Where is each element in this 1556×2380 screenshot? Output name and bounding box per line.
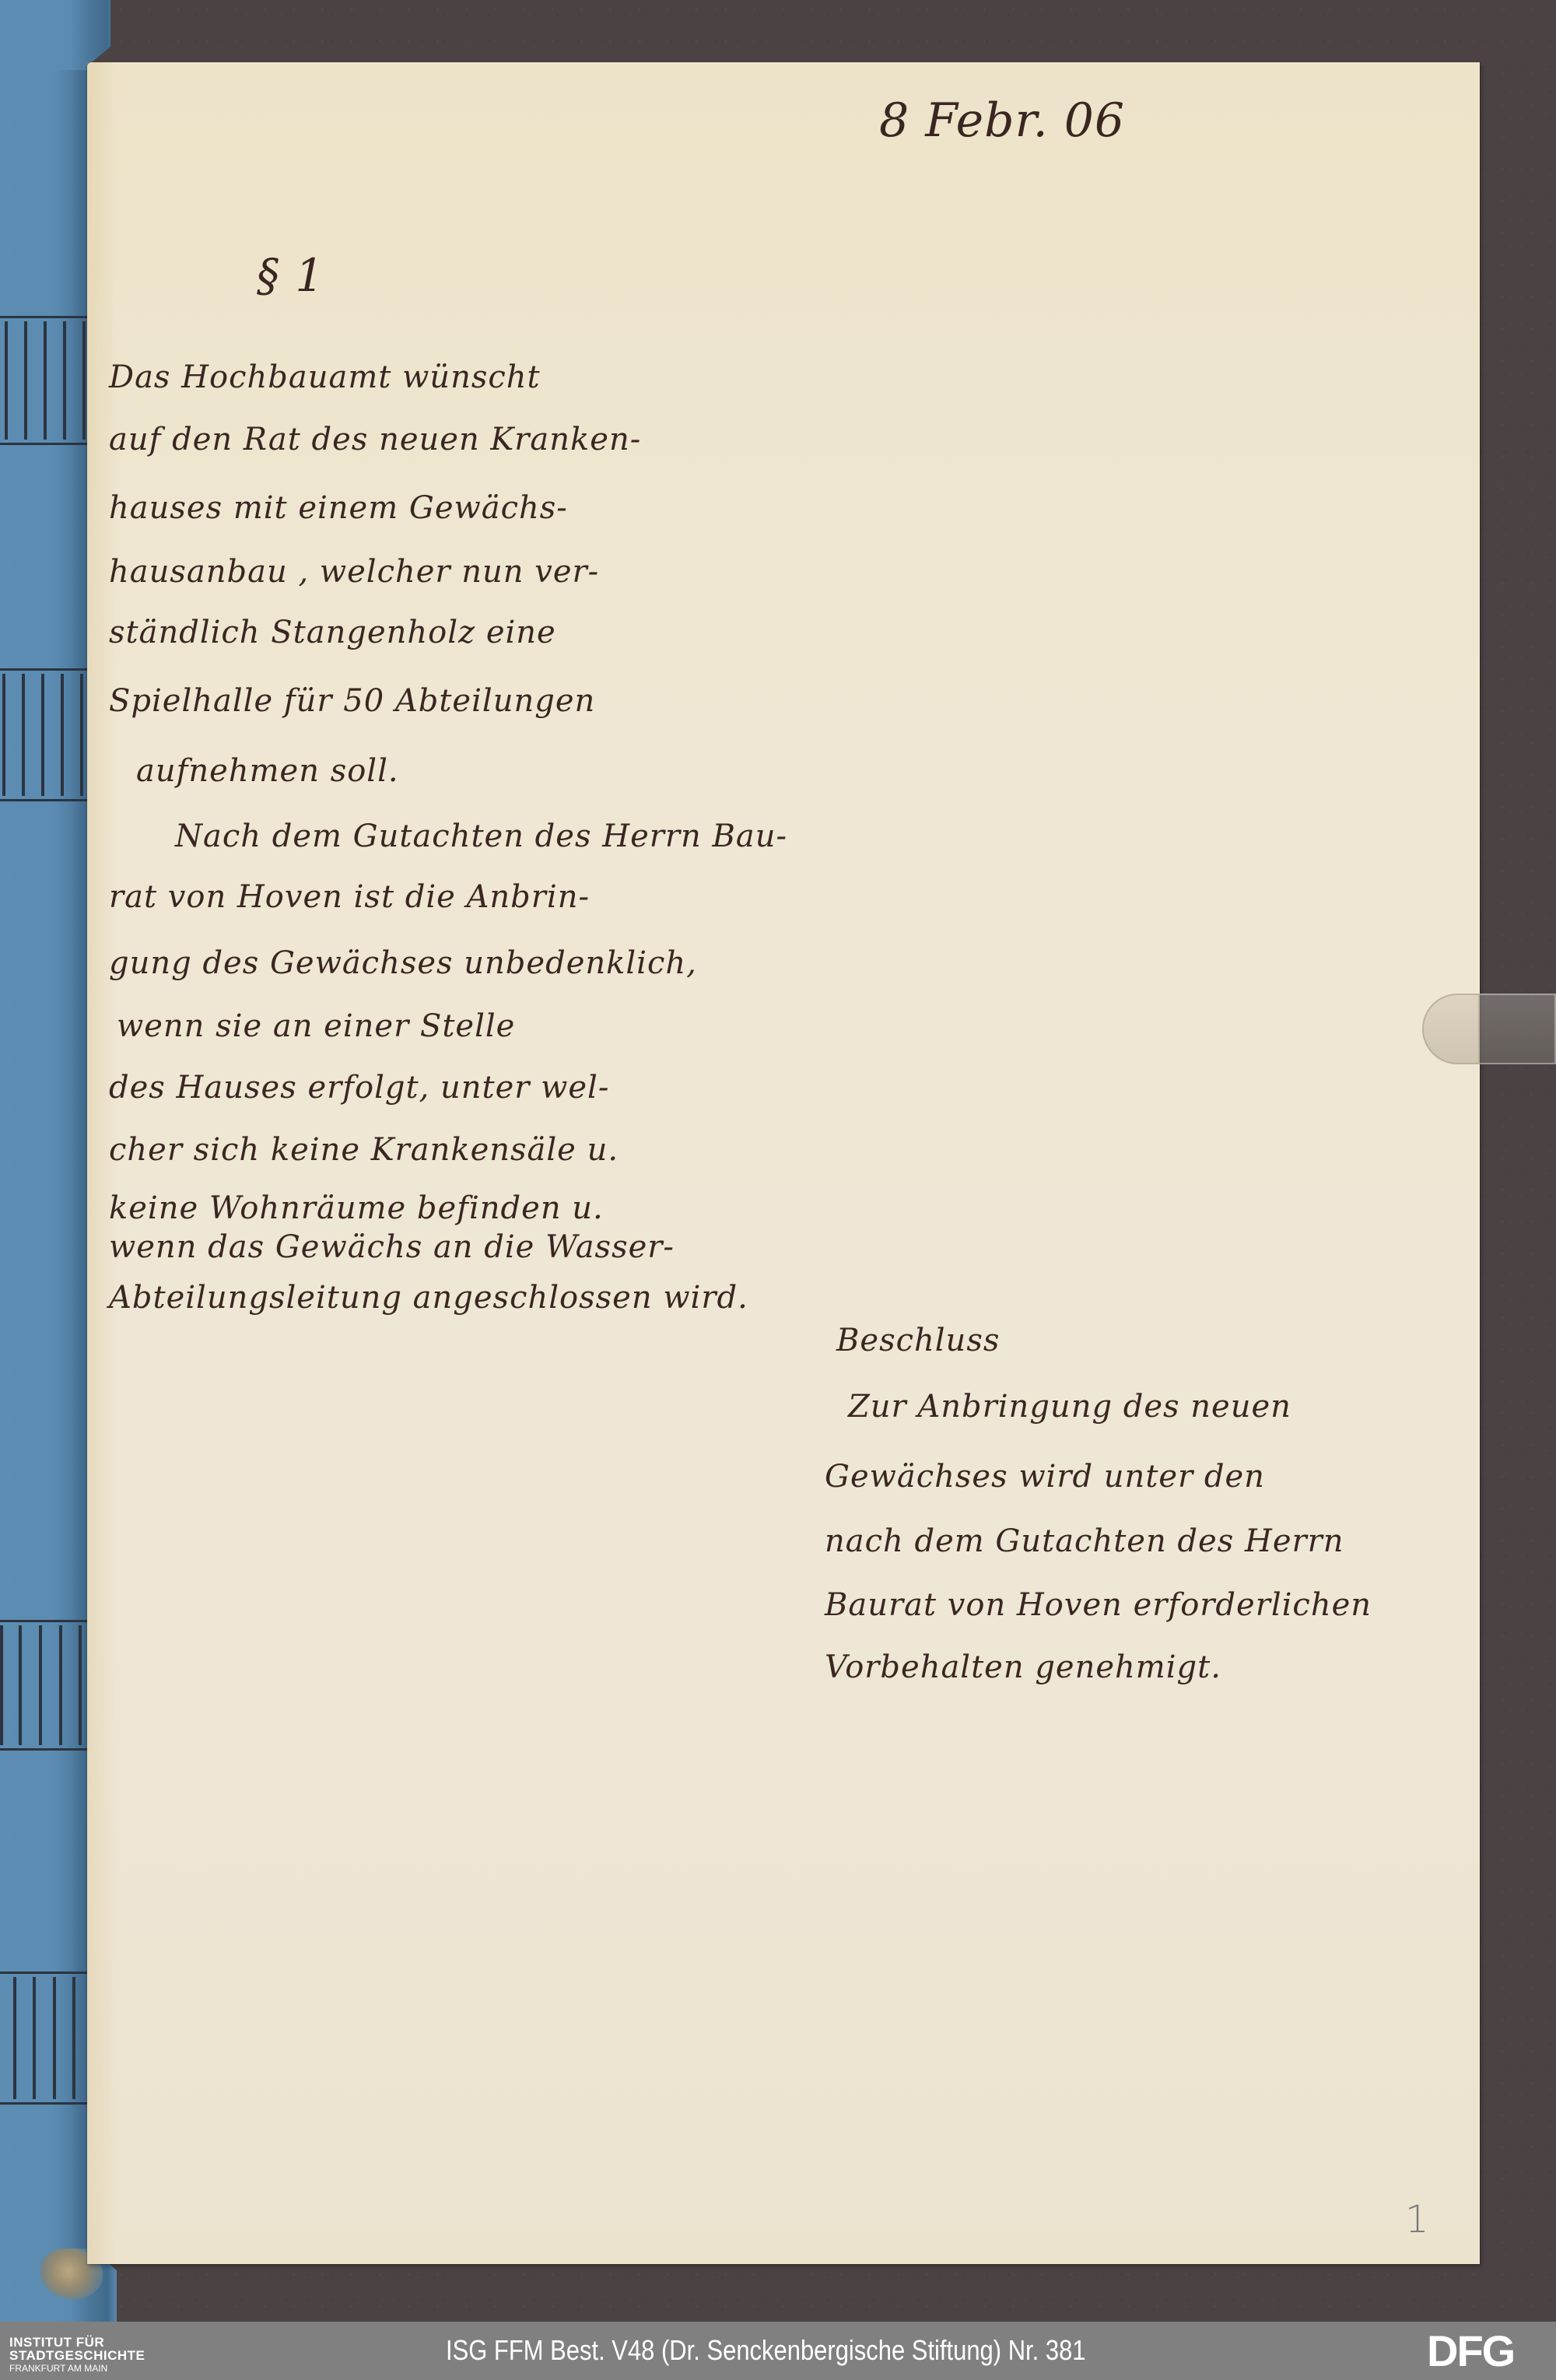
tab-rule xyxy=(19,1625,22,1745)
body-line: ständlich Stangenholz eine xyxy=(109,615,556,650)
tab-rule xyxy=(39,1625,42,1745)
tab-rule xyxy=(61,674,64,796)
institute-logo: INSTITUT FÜR STADTGESCHICHTE FRANKFURT A… xyxy=(9,2336,145,2373)
decision-line: Vorbehalten genehmigt. xyxy=(825,1649,1221,1685)
tab-rule xyxy=(41,674,44,796)
binding-tab-band xyxy=(0,316,92,445)
decision-line: nach dem Gutachten des Herrn xyxy=(825,1523,1344,1559)
binding-tab-band xyxy=(0,1620,92,1751)
tab-rule xyxy=(72,1977,75,2099)
page-number: 1 xyxy=(1405,2198,1430,2242)
tab-rule xyxy=(59,1625,62,1745)
body-line: wenn das Gewächs an die Wasser- xyxy=(109,1229,675,1265)
body-line: Spielhalle für 50 Abteilungen xyxy=(109,683,595,719)
tab-rule xyxy=(22,674,25,796)
logo-line: STADTGESCHICHTE xyxy=(9,2349,145,2362)
tab-rule xyxy=(79,1625,82,1745)
dfg-logo: DFG xyxy=(1427,2329,1514,2373)
tab-rule xyxy=(33,1977,36,2099)
body-line: rat von Hoven ist die Anbrin- xyxy=(109,879,590,915)
tab-rule xyxy=(2,674,5,796)
body-line: hauses mit einem Gewächs- xyxy=(109,490,568,526)
body-line: hausanbau , welcher nun ver- xyxy=(109,554,599,590)
tab-rule xyxy=(80,674,83,796)
decision-line: Gewächses wird unter den xyxy=(825,1459,1265,1495)
tab-rule xyxy=(82,321,86,440)
body-line: des Hauses erfolgt, unter wel- xyxy=(109,1070,609,1106)
logo-line: INSTITUT FÜR xyxy=(9,2336,145,2349)
archive-reference: ISG FFM Best. V48 (Dr. Senckenbergische … xyxy=(446,2334,1086,2367)
body-line: Abteilungsleitung angeschlossen wird. xyxy=(109,1280,748,1316)
body-line: Nach dem Gutachten des Herrn Bau- xyxy=(175,818,787,854)
tab-rule xyxy=(53,1977,56,2099)
tab-rule xyxy=(0,1625,3,1745)
decision-heading: Beschluss xyxy=(836,1323,1000,1358)
tab-rule xyxy=(63,321,66,440)
date-line: 8 Febr. 06 xyxy=(879,93,1125,148)
logo-line: FRANKFURT AM MAIN xyxy=(9,2364,145,2373)
body-line: auf den Rat des neuen Kranken- xyxy=(109,422,641,457)
decision-line: Zur Anbringung des neuen xyxy=(848,1389,1291,1425)
body-line: wenn sie an einer Stelle xyxy=(117,1008,515,1044)
archive-footer-bar: INSTITUT FÜR STADTGESCHICHTE FRANKFURT A… xyxy=(0,2322,1556,2380)
body-line: gung des Gewächses unbedenklich, xyxy=(109,945,697,981)
decision-line: Baurat von Hoven erforderlichen xyxy=(825,1587,1372,1623)
tab-rule xyxy=(44,321,47,440)
body-line: aufnehmen soll. xyxy=(136,753,399,789)
body-line: cher sich keine Krankensäle u. xyxy=(109,1132,619,1168)
body-line: Das Hochbauamt wünscht xyxy=(109,359,541,395)
tab-rule xyxy=(13,1977,16,2099)
binding-tab-band xyxy=(0,668,92,801)
binding-tab-band xyxy=(0,1972,92,2105)
section-mark: § 1 xyxy=(257,249,324,302)
tab-rule xyxy=(5,321,8,440)
tab-rule xyxy=(24,321,27,440)
body-line: keine Wohnräume befinden u. xyxy=(109,1190,604,1226)
